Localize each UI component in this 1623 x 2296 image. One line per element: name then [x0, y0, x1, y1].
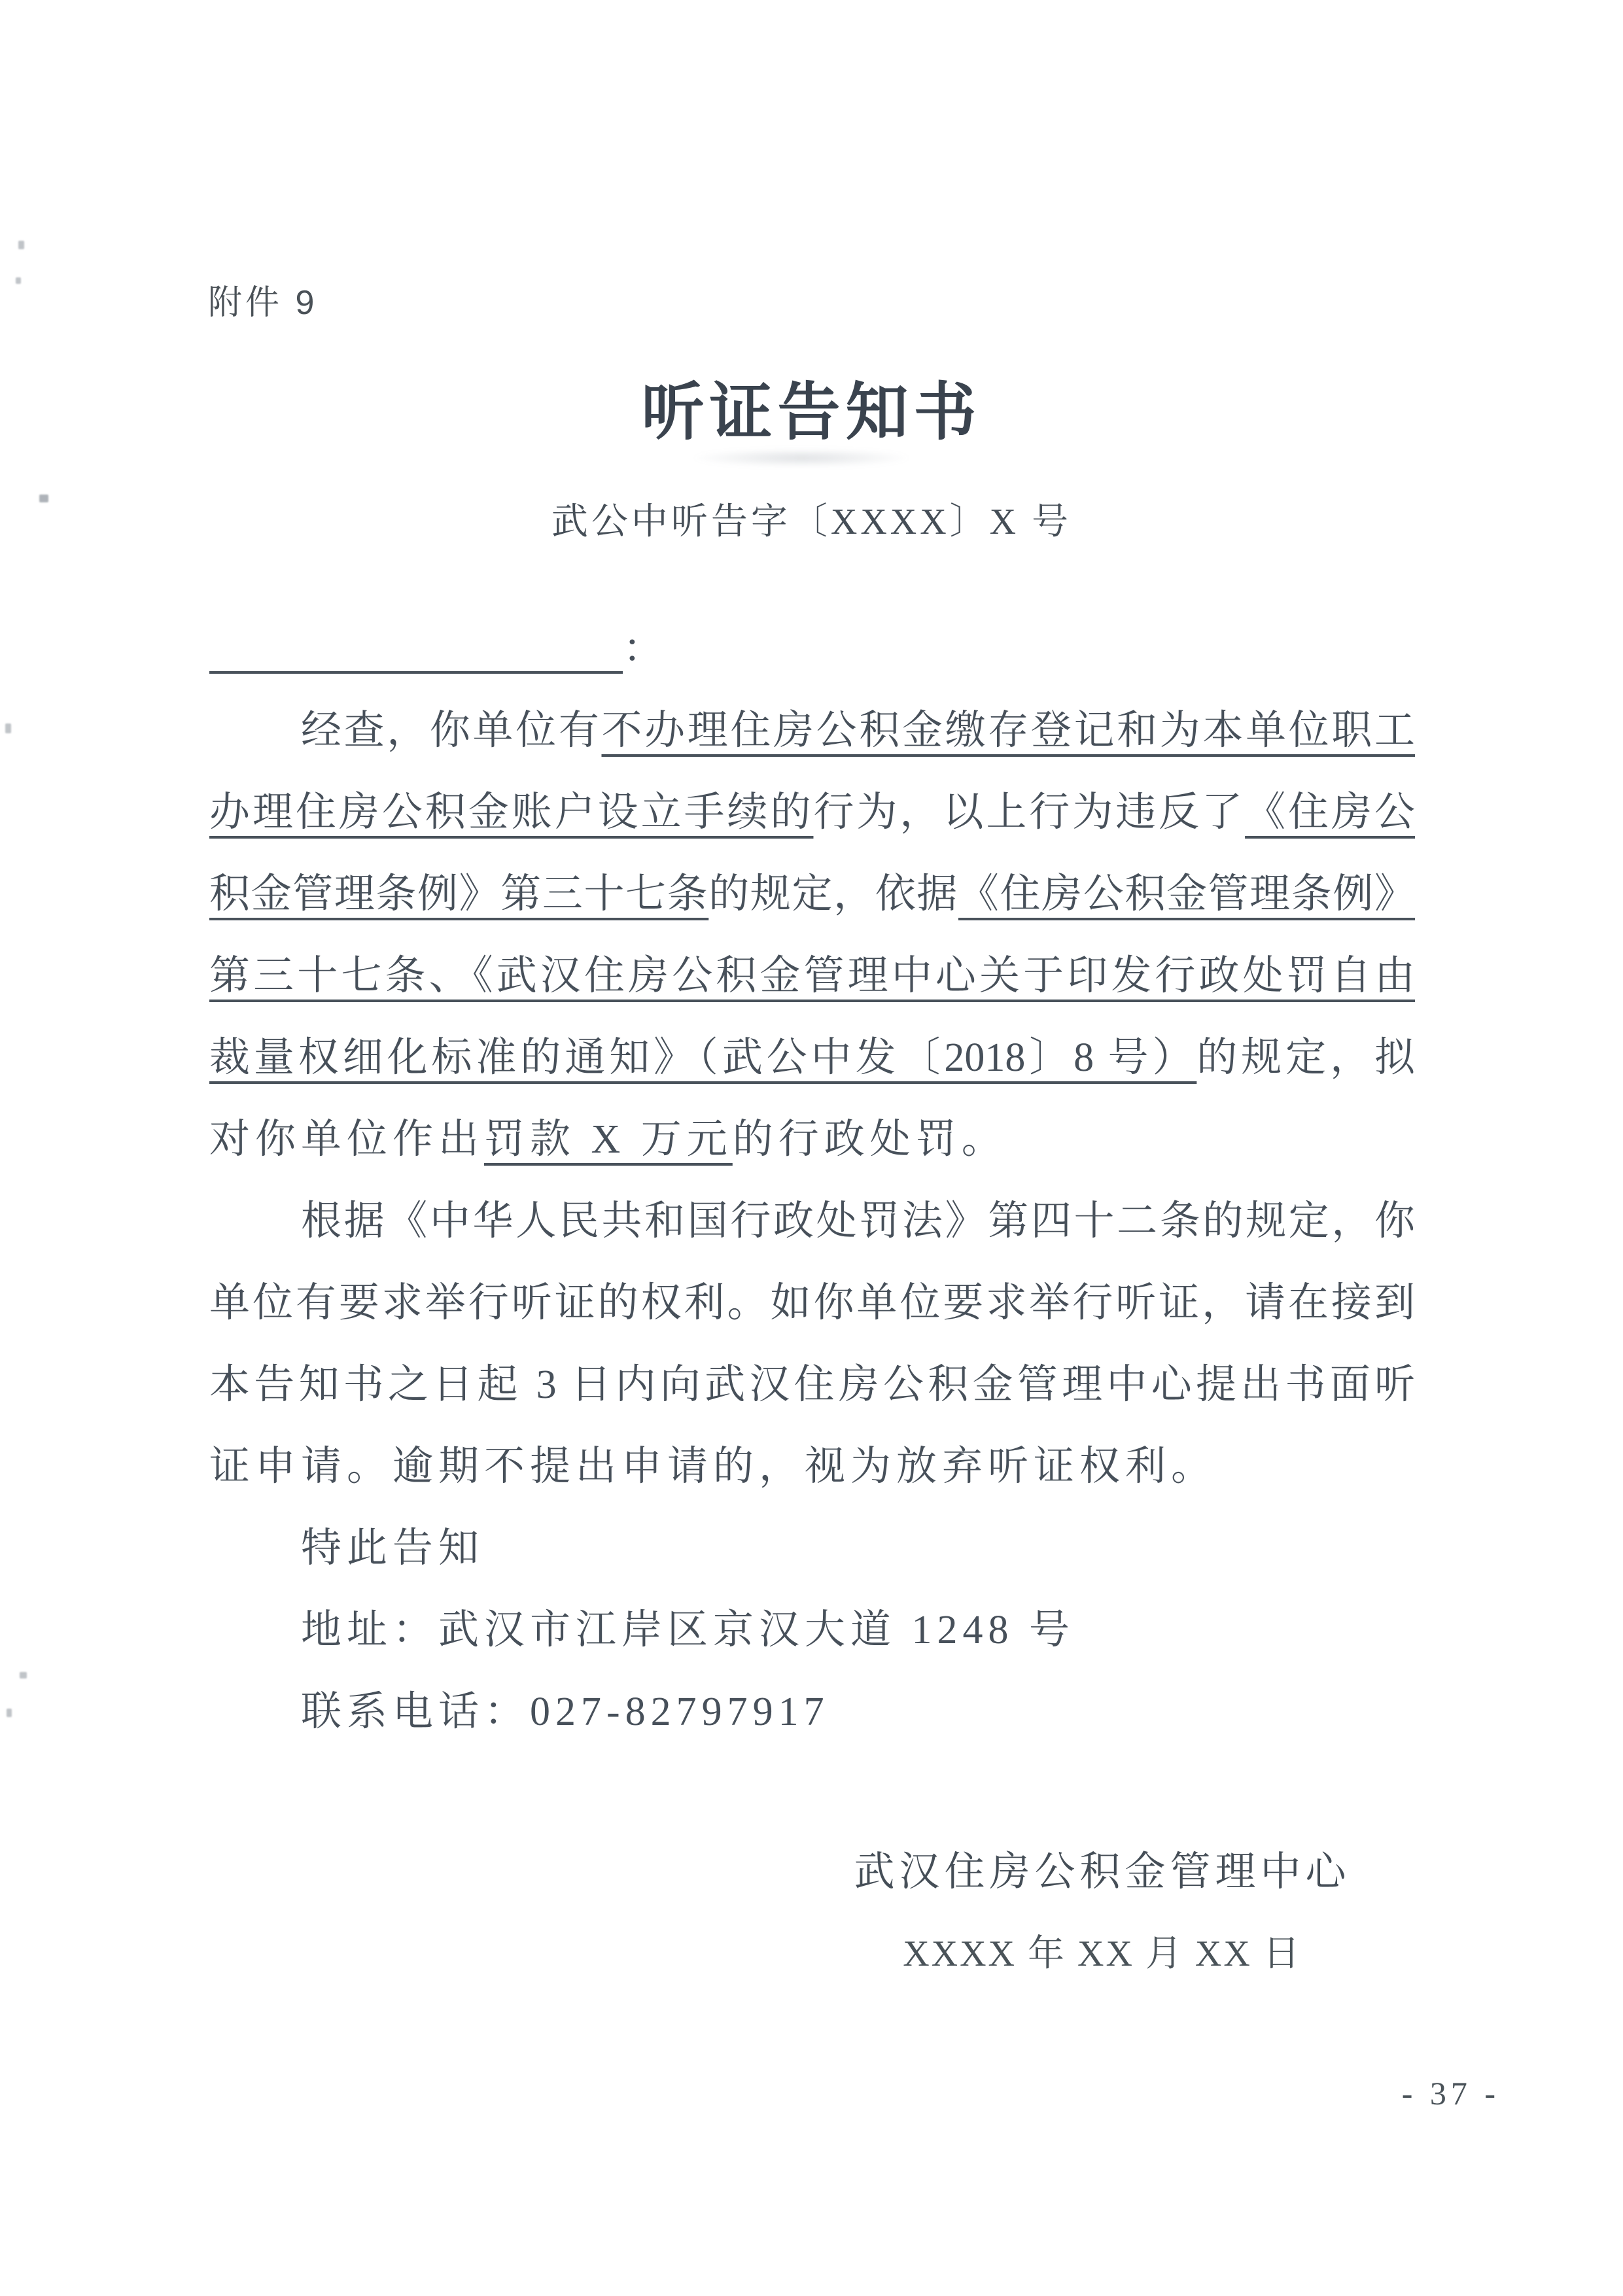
document-page: 附件 9 听证告知书 武公中听告字〔XXXX〕X 号 ： 经查，你单位有不办理住… [0, 0, 1623, 2296]
paragraph-line: 本告知书之日起 3 日内向武汉住房公积金管理中心提出书面听 [209, 1344, 1415, 1426]
text-segment: 对你单位作出 [209, 1117, 484, 1162]
text-segment: 的规定，拟 [1196, 1035, 1415, 1080]
body-paragraphs: 经查，你单位有不办理住房公积金缴存登记和为本单位职工办理住房公积金账户设立手续的… [209, 690, 1415, 1508]
phone-line: 联系电话：027-82797917 [209, 1671, 1415, 1753]
underlined-text: 裁量权细化标准的通知》（武公中发〔2018〕8 号） [209, 1035, 1196, 1080]
text-segment: 的规定，依据 [708, 872, 958, 916]
scan-speck [16, 277, 21, 284]
salutation-line: ： [209, 608, 1415, 690]
signature-block: 武汉住房公积金管理中心 XXXX 年 XX 月 XX 日 [824, 1832, 1380, 1995]
text-segment: 的行政处罚。 [733, 1117, 1007, 1162]
document-number: 武公中听告字〔XXXX〕X 号 [0, 492, 1623, 552]
paragraph-line: 单位有要求举行听证的权利。如你单位要求举行听证，请在接到 [209, 1262, 1415, 1344]
paragraph-line: 第三十七条、《武汉住房公积金管理中心关于印发行政处罚自由 [209, 935, 1415, 1017]
text-segment: 本告知书之日起 3 日内向武汉住房公积金管理中心提出书面听 [209, 1363, 1415, 1407]
signature-organization: 武汉住房公积金管理中心 [824, 1832, 1380, 1913]
paragraph-line: 办理住房公积金账户设立手续的行为，以上行为违反了《住房公 [209, 772, 1415, 854]
paragraph-line: 证申请。逾期不提出申请的，视为放弃听证权利。 [209, 1426, 1415, 1508]
paragraph-line: 经查，你单位有不办理住房公积金缴存登记和为本单位职工 [209, 690, 1415, 772]
page-number: - 37 - [1402, 2074, 1500, 2113]
text-segment: 经查，你单位有 [301, 708, 601, 753]
scan-speck [7, 1709, 12, 1717]
document-body: ： 经查，你单位有不办理住房公积金缴存登记和为本单位职工办理住房公积金账户设立手… [209, 608, 1415, 1753]
underlined-text: 办理住房公积金账户设立手续的 [209, 790, 813, 835]
closing-line: 特此告知 [209, 1508, 1415, 1590]
text-segment: 根据《中华人民共和国行政处罚法》第四十二条的规定，你 [301, 1199, 1415, 1244]
paragraph-line: 裁量权细化标准的通知》（武公中发〔2018〕8 号）的规定，拟 [209, 1017, 1415, 1099]
recipient-blank-underline [209, 631, 623, 674]
attachment-label: 附件 9 [208, 280, 317, 326]
underlined-text: 第三十七条、《武汉住房公积金管理中心关于印发行政处罚自由 [209, 954, 1415, 998]
text-segment: 单位有要求举行听证的权利。如你单位要求举行听证，请在接到 [209, 1281, 1415, 1325]
paragraph-line: 对你单位作出罚款 X 万元的行政处罚。 [209, 1099, 1415, 1181]
paragraph-line: 积金管理条例》第三十七条的规定，依据《住房公积金管理条例》 [209, 854, 1415, 935]
underlined-text: 《住房公 [1245, 790, 1415, 835]
underlined-text: 《住房公积金管理条例》 [958, 872, 1415, 916]
document-title: 听证告知书 [0, 373, 1623, 453]
address-line: 地址：武汉市江岸区京汉大道 1248 号 [209, 1590, 1415, 1671]
underlined-text: 罚款 X 万元 [484, 1117, 733, 1162]
underlined-text: 不办理住房公积金缴存登记和为本单位职工 [601, 708, 1415, 753]
scan-speck [18, 241, 24, 249]
paragraph-line: 根据《中华人民共和国行政处罚法》第四十二条的规定，你 [209, 1181, 1415, 1262]
salutation-colon: ： [623, 627, 669, 671]
text-segment: 证申请。逾期不提出申请的，视为放弃听证权利。 [209, 1444, 1217, 1489]
signature-date: XXXX 年 XX 月 XX 日 [824, 1913, 1380, 1995]
scan-speck [5, 723, 11, 733]
text-segment: 行为，以上行为违反了 [813, 790, 1245, 835]
scan-speck [20, 1672, 27, 1679]
underlined-text: 积金管理条例》第三十七条 [209, 872, 708, 916]
